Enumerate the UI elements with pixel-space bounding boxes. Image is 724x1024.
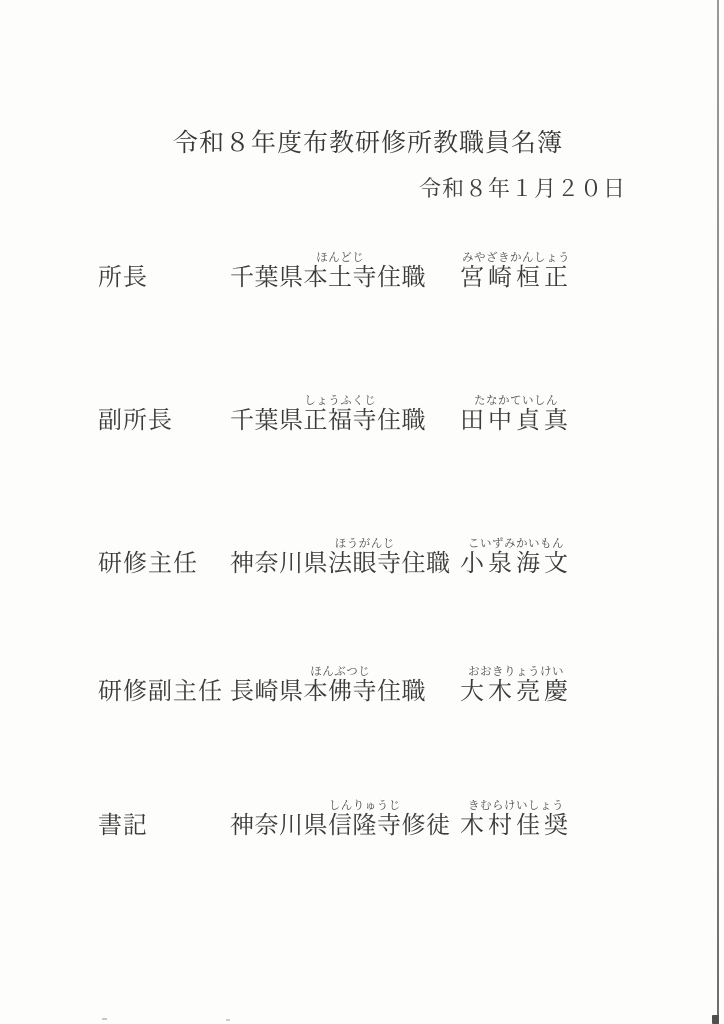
- affiliation-prefecture: 千葉県: [230, 406, 304, 434]
- scan-artifact-speck: [226, 1019, 230, 1021]
- person-name-furigana: きむらけいしょう: [460, 798, 572, 812]
- affiliation: 千葉県正福寺しょうふくじ住職: [230, 393, 460, 435]
- temple-name: 信隆寺: [328, 811, 402, 839]
- affiliation-position: 住職: [377, 406, 426, 434]
- roster-row-deputy-director: 副所長 千葉県正福寺しょうふくじ住職 田中貞真たなかていしん: [98, 393, 572, 435]
- temple-name-ruby: 信隆寺しんりゅうじ: [328, 811, 402, 839]
- person-name-text: 宮崎桓正: [460, 263, 572, 291]
- affiliation-prefecture: 千葉県: [230, 263, 304, 291]
- affiliation-prefecture: 神奈川県: [230, 811, 328, 839]
- person-name: 木村佳奨きむらけいしょう: [460, 798, 572, 840]
- scan-artifact-speck: [102, 1018, 107, 1020]
- person-name-furigana: みやざきかんしょう: [460, 250, 572, 264]
- affiliation-position: 住職: [377, 677, 426, 705]
- temple-furigana: ほうがんじ: [328, 536, 402, 550]
- role-label: 副所長: [98, 400, 230, 435]
- person-name-ruby: 田中貞真たなかていしん: [460, 406, 572, 434]
- affiliation-position: 修徒: [402, 811, 451, 839]
- role-label: 書記: [98, 805, 230, 840]
- person-name-ruby: 小泉海文こいずみかいもん: [460, 549, 572, 577]
- temple-name-ruby: 本土寺ほんどじ: [304, 263, 378, 291]
- person-name: 宮崎桓正みやざきかんしょう: [460, 250, 572, 292]
- temple-furigana: しんりゅうじ: [328, 798, 402, 812]
- temple-name: 法眼寺: [328, 549, 402, 577]
- temple-furigana: ほんどじ: [304, 250, 378, 264]
- person-name-text: 田中貞真: [460, 406, 572, 434]
- affiliation: 長崎県本佛寺ほんぶつじ住職: [230, 664, 460, 706]
- affiliation-position: 住職: [402, 549, 451, 577]
- person-name-ruby: 木村佳奨きむらけいしょう: [460, 811, 572, 839]
- affiliation: 千葉県本土寺ほんどじ住職: [230, 250, 460, 292]
- affiliation-prefecture: 長崎県: [230, 677, 304, 705]
- affiliation-position: 住職: [377, 263, 426, 291]
- temple-name: 本土寺: [304, 263, 378, 291]
- scan-artifact-corner-mark: [712, 1015, 719, 1024]
- roster-row-secretary: 書記 神奈川県信隆寺しんりゅうじ修徒 木村佳奨きむらけいしょう: [98, 798, 572, 840]
- temple-name-ruby: 正福寺しょうふくじ: [304, 406, 378, 434]
- temple-name: 正福寺: [304, 406, 378, 434]
- role-label: 研修副主任: [98, 671, 230, 706]
- person-name-text: 大木亮慶: [460, 677, 572, 705]
- scanned-document-page: 令和８年度布教研修所教職員名簿 令和８年１月２０日 所長 千葉県本土寺ほんどじ住…: [0, 0, 724, 1024]
- person-name: 田中貞真たなかていしん: [460, 393, 572, 435]
- person-name-text: 木村佳奨: [460, 811, 572, 839]
- affiliation: 神奈川県法眼寺ほうがんじ住職: [230, 536, 460, 578]
- role-label: 研修主任: [98, 543, 230, 578]
- person-name-ruby: 大木亮慶おおきりょうけい: [460, 677, 572, 705]
- affiliation-prefecture: 神奈川県: [230, 549, 328, 577]
- person-name-furigana: こいずみかいもん: [460, 536, 572, 550]
- temple-name-ruby: 法眼寺ほうがんじ: [328, 549, 402, 577]
- role-label: 所長: [98, 257, 230, 292]
- scan-artifact-edge-line: [717, 0, 719, 1024]
- temple-name: 本佛寺: [304, 677, 378, 705]
- staff-roster: 所長 千葉県本土寺ほんどじ住職 宮崎桓正みやざきかんしょう 副所長 千葉県正福寺…: [0, 0, 724, 1024]
- temple-name-ruby: 本佛寺ほんぶつじ: [304, 677, 378, 705]
- person-name-furigana: たなかていしん: [460, 393, 572, 407]
- affiliation: 神奈川県信隆寺しんりゅうじ修徒: [230, 798, 460, 840]
- temple-furigana: ほんぶつじ: [304, 664, 378, 678]
- roster-row-training-chief: 研修主任 神奈川県法眼寺ほうがんじ住職 小泉海文こいずみかいもん: [98, 536, 572, 578]
- roster-row-training-deputy-chief: 研修副主任 長崎県本佛寺ほんぶつじ住職 大木亮慶おおきりょうけい: [98, 664, 572, 706]
- temple-furigana: しょうふくじ: [304, 393, 378, 407]
- person-name: 大木亮慶おおきりょうけい: [460, 664, 572, 706]
- person-name-ruby: 宮崎桓正みやざきかんしょう: [460, 263, 572, 291]
- person-name: 小泉海文こいずみかいもん: [460, 536, 572, 578]
- roster-row-director: 所長 千葉県本土寺ほんどじ住職 宮崎桓正みやざきかんしょう: [98, 250, 572, 292]
- person-name-text: 小泉海文: [460, 549, 572, 577]
- person-name-furigana: おおきりょうけい: [460, 664, 572, 678]
